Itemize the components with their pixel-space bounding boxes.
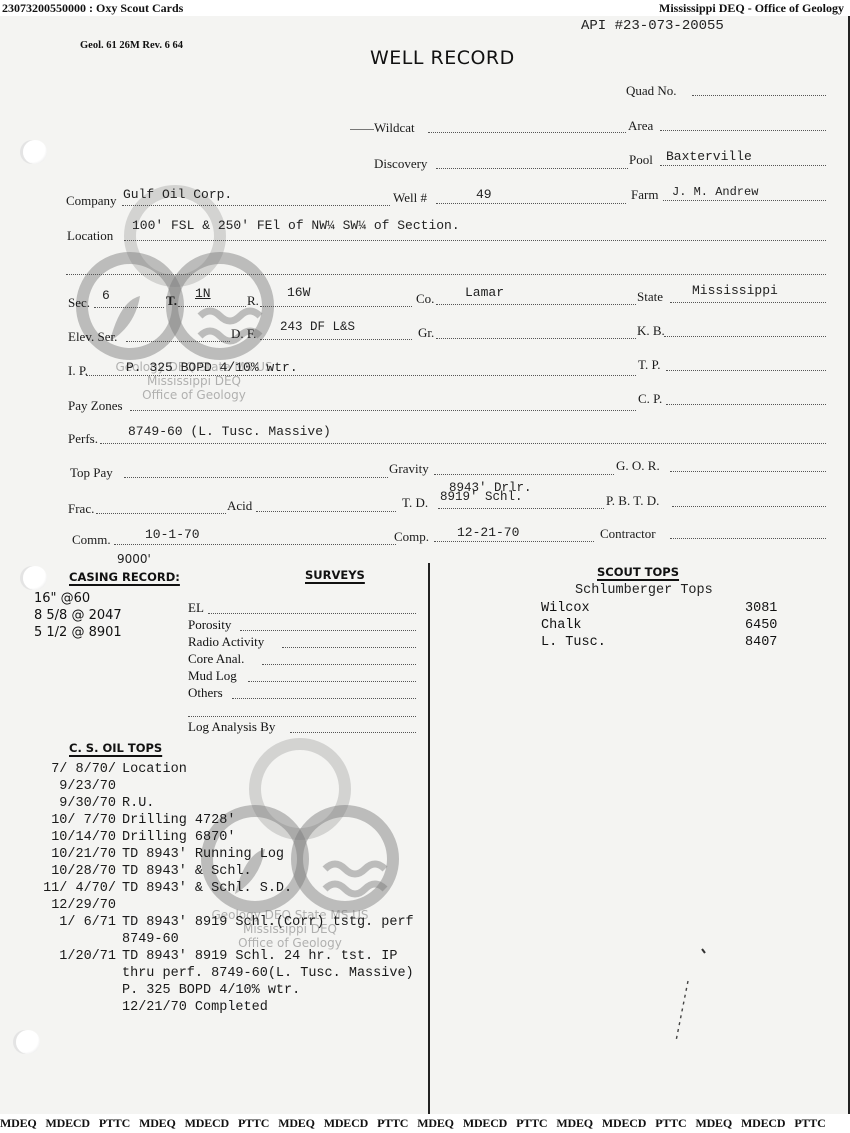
r-label: R.	[247, 293, 259, 309]
log-entry: 1/ 6/71TD 8943' 8919 Schl.(Corr) tstg. p…	[30, 915, 414, 930]
comp-label: Comp.	[394, 529, 429, 545]
watermark-logo-icon	[70, 181, 280, 381]
survey-radio-activity[interactable]: Radio Activity	[188, 634, 264, 650]
t-field[interactable]	[178, 306, 246, 307]
well-number-field[interactable]	[436, 203, 626, 204]
frac-field[interactable]	[96, 513, 226, 514]
survey-porosity[interactable]: Porosity	[188, 617, 231, 633]
well-number-value: 49	[476, 187, 492, 202]
area-label: Area	[628, 118, 653, 134]
log-entry: 10/28/70TD 8943' & Schl.	[30, 864, 252, 879]
pay-zones-label: Pay Zones	[68, 398, 123, 414]
perfs-field[interactable]	[100, 443, 826, 444]
r-value: 16W	[287, 285, 310, 300]
elev-ser-label: Elev. Ser.	[68, 329, 117, 345]
farm-value: J. M. Andrew	[672, 185, 758, 199]
casing-item: 5 1/2 @ 8901	[34, 624, 122, 641]
survey-radio-activity-line	[282, 647, 416, 648]
casing-record-heading: CASING RECORD:	[69, 570, 180, 584]
gravity-field[interactable]	[434, 474, 614, 475]
location-label: Location	[67, 228, 113, 244]
survey-porosity-line	[240, 630, 416, 631]
log-entry: 9/30/70R.U.	[30, 796, 154, 811]
county-label: Co.	[416, 291, 434, 307]
comm-label: Comm.	[72, 532, 111, 548]
log-entry: 12/29/70	[30, 898, 122, 913]
log-entry: 10/21/70TD 8943' Running Log	[30, 847, 284, 862]
log-entry: 9/23/70	[30, 779, 122, 794]
sec-value: 6	[102, 288, 110, 303]
tp-field[interactable]	[666, 370, 826, 371]
state-field[interactable]	[670, 302, 826, 303]
page-title: WELL RECORD	[370, 47, 515, 69]
log-entry: 7/ 8/70/Location	[30, 762, 187, 777]
document-id: 23073200550000 : Oxy Scout Cards	[2, 0, 183, 16]
company-value: Gulf Oil Corp.	[123, 187, 232, 202]
pbtd-field[interactable]	[672, 506, 826, 507]
t-label: T.	[166, 293, 177, 309]
survey-core-anal[interactable]: Core Anal.	[188, 651, 244, 667]
r-field[interactable]	[260, 306, 412, 307]
column-divider	[428, 563, 430, 1114]
document-footer: MDEQMDECDPTTCMDEQMDECDPTTCMDEQMDECDPTTCM…	[0, 1114, 850, 1133]
pencil-mark-icon	[670, 941, 710, 1041]
county-field[interactable]	[436, 304, 636, 305]
wildcat-dash	[350, 129, 374, 130]
pool-label: Pool	[629, 152, 653, 168]
survey-el[interactable]: EL	[188, 600, 204, 616]
company-field[interactable]	[122, 205, 390, 206]
log-entry: 11/ 4/70/TD 8943' & Schl. S.D.	[30, 881, 292, 896]
tp-label: T. P.	[638, 357, 661, 373]
gr-label: Gr.	[418, 325, 434, 341]
cs-oil-tops-heading: C. S. OIL TOPS	[69, 741, 162, 755]
ip-field[interactable]	[86, 375, 636, 376]
well-record-card: Geology DEQ State MS US Mississippi DEQ …	[0, 16, 850, 1114]
ip-value: P. 325 BOPD 4/10% wtr.	[126, 360, 298, 375]
discovery-field[interactable]	[436, 168, 628, 169]
scout-tops-heading: SCOUT TOPS	[597, 565, 679, 579]
ip-label: I. P.	[68, 363, 88, 379]
log-entry: 1/20/71TD 8943' 8919 Schl. 24 hr. tst. I…	[30, 949, 397, 964]
perfs-label: Perfs.	[68, 431, 98, 447]
pool-field[interactable]	[660, 165, 826, 166]
pool-value: Baxterville	[666, 149, 752, 164]
farm-label: Farm	[631, 187, 658, 203]
kb-field[interactable]	[664, 336, 826, 337]
kb-label: K. B.	[637, 323, 665, 339]
survey-log-analysis-by[interactable]: Log Analysis By	[188, 719, 275, 735]
scout-top-row: Wilcox 3081	[541, 601, 590, 616]
gor-field[interactable]	[670, 471, 826, 472]
survey-el-line	[208, 613, 416, 614]
punch-hole-bottom	[16, 1030, 40, 1054]
punch-hole-top	[23, 140, 47, 164]
api-number: API #23-073-20055	[581, 18, 724, 34]
well-number-label: Well #	[393, 190, 427, 206]
scout-top-row: L. Tusc. 8407	[541, 635, 606, 650]
survey-mud-log[interactable]: Mud Log	[188, 668, 237, 684]
survey-others[interactable]: Others	[188, 685, 223, 701]
comm-value: 10-1-70	[145, 527, 200, 542]
sec-label: Sec.	[68, 295, 90, 311]
casing-item: 16" @60	[34, 590, 122, 607]
cp-label: C. P.	[638, 391, 662, 407]
surveys-heading: SURVEYS	[305, 568, 365, 582]
survey-others-line	[232, 698, 416, 699]
acid-label: Acid	[227, 498, 252, 514]
comp-value: 12-21-70	[457, 525, 519, 540]
elev-ser-field[interactable]	[126, 341, 230, 342]
county-value: Lamar	[465, 285, 504, 300]
log-entry: 10/14/70Drilling 6870'	[30, 830, 235, 845]
wildcat-label: Wildcat	[374, 120, 415, 136]
survey-log-analysis-by-line	[290, 732, 416, 733]
df-value: 243 DF L&S	[280, 320, 355, 334]
quad-no-field[interactable]	[692, 95, 826, 96]
wildcat-field[interactable]	[428, 132, 626, 133]
survey-mud-log-line	[248, 681, 416, 682]
t-value: 1N	[195, 286, 211, 301]
log-entry: thru perf. 8749-60(L. Tusc. Massive)	[30, 966, 414, 981]
state-value: Mississippi	[692, 283, 778, 298]
depth-note: 9000'	[117, 552, 151, 566]
comm-field[interactable]	[114, 544, 396, 545]
pay-zones-field[interactable]	[130, 410, 636, 411]
survey-core-anal-line	[262, 664, 416, 665]
comp-field[interactable]	[434, 541, 594, 542]
location-field[interactable]	[124, 240, 826, 241]
acid-field[interactable]	[256, 511, 396, 512]
location-value: 100' FSL & 250' FEl of NW¼ SW¼ of Sectio…	[132, 218, 460, 233]
discovery-label: Discovery	[374, 156, 427, 172]
top-pay-label: Top Pay	[70, 465, 113, 481]
quad-no-label: Quad No.	[626, 83, 677, 99]
gor-label: G. O. R.	[616, 458, 660, 474]
top-pay-field[interactable]	[124, 477, 388, 478]
state-label: State	[637, 289, 663, 305]
log-entry: P. 325 BOPD 4/10% wtr.	[30, 983, 300, 998]
td-field[interactable]	[438, 508, 604, 509]
df-field[interactable]	[260, 339, 412, 340]
contractor-label: Contractor	[600, 526, 656, 542]
log-entry: 10/ 7/70Drilling 4728'	[30, 813, 235, 828]
log-entry: 8749-60	[30, 932, 179, 947]
sec-field[interactable]	[94, 307, 164, 308]
area-field[interactable]	[660, 130, 826, 131]
document-header: 23073200550000 : Oxy Scout Cards Mississ…	[0, 0, 850, 16]
form-number: Geol. 61 26M Rev. 6 64	[80, 40, 183, 51]
frac-label: Frac.	[68, 501, 94, 517]
casing-item: 8 5/8 @ 2047	[34, 607, 122, 624]
gr-field[interactable]	[436, 338, 636, 339]
pbtd-label: P. B. T. D.	[606, 493, 659, 509]
punch-hole-middle	[23, 566, 47, 590]
td-label: T. D.	[402, 495, 428, 511]
gravity-label: Gravity	[389, 461, 429, 477]
location-field-line-2[interactable]	[66, 274, 826, 275]
document-source: Mississippi DEQ - Office of Geology	[659, 0, 844, 16]
scout-top-row: Chalk 6450	[541, 618, 582, 633]
company-label: Company	[66, 193, 117, 209]
perfs-value: 8749-60 (L. Tusc. Massive)	[128, 424, 331, 439]
df-label: D. F.	[231, 326, 256, 342]
survey-blank-line[interactable]	[188, 716, 416, 717]
log-entry: 12/21/70 Completed	[30, 1000, 268, 1015]
scout-tops-subheading: Schlumberger Tops	[575, 583, 713, 598]
td-schl-value: 8919' Schl.	[440, 490, 523, 504]
casing-record-list: 16" @60 8 5/8 @ 2047 5 1/2 @ 8901	[34, 590, 122, 641]
farm-field[interactable]	[663, 200, 826, 201]
contractor-field[interactable]	[670, 538, 826, 539]
cp-field[interactable]	[666, 404, 826, 405]
